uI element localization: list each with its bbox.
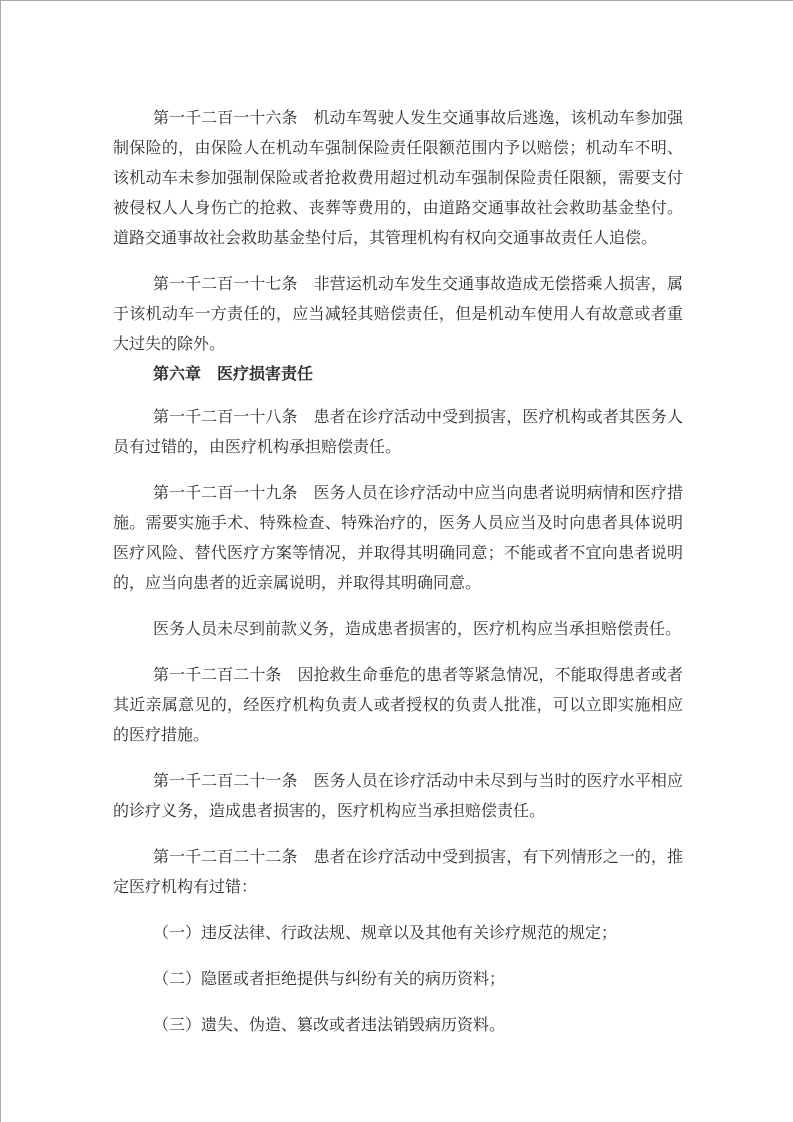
article-1218: 第一千二百一十八条 患者在诊疗活动中受到损害，医疗机构或者其医务人员有过错的，由… (113, 402, 683, 462)
clause-item-3: （三）遗失、伪造、篡改或者违法销毁病历资料。 (113, 1010, 683, 1040)
clause-item-2: （二）隐匿或者拒绝提供与纠纷有关的病历资料； (113, 964, 683, 994)
document-page: 第一千二百一十六条 机动车驾驶人发生交通事故后逃逸，该机动车参加强制保险的，由保… (0, 0, 793, 1122)
article-1221: 第一千二百二十一条 医务人员在诊疗活动中未尽到与当时的医疗水平相应的诊疗义务，造… (113, 766, 683, 826)
article-1216: 第一千二百一十六条 机动车驾驶人发生交通事故后逃逸，该机动车参加强制保险的，由保… (113, 103, 683, 253)
article-1219-paragraph-2: 医务人员未尽到前款义务，造成患者损害的，医疗机构应当承担赔偿责任。 (113, 614, 683, 644)
article-1219: 第一千二百一十九条 医务人员在诊疗活动中应当向患者说明病情和医疗措施。需要实施手… (113, 478, 683, 598)
article-1222: 第一千二百二十二条 患者在诊疗活动中受到损害，有下列情形之一的，推定医疗机构有过… (113, 842, 683, 902)
article-1220: 第一千二百二十条 因抢救生命垂危的患者等紧急情况，不能取得患者或者其近亲属意见的… (113, 660, 683, 750)
article-1217: 第一千二百一十七条 非营运机动车发生交通事故造成无偿搭乘人损害，属于该机动车一方… (113, 269, 683, 359)
chapter-6-heading: 第六章 医疗损害责任 (113, 359, 683, 389)
clause-item-1: （一）违反法律、行政法规、规章以及其他有关诊疗规范的规定； (113, 918, 683, 948)
